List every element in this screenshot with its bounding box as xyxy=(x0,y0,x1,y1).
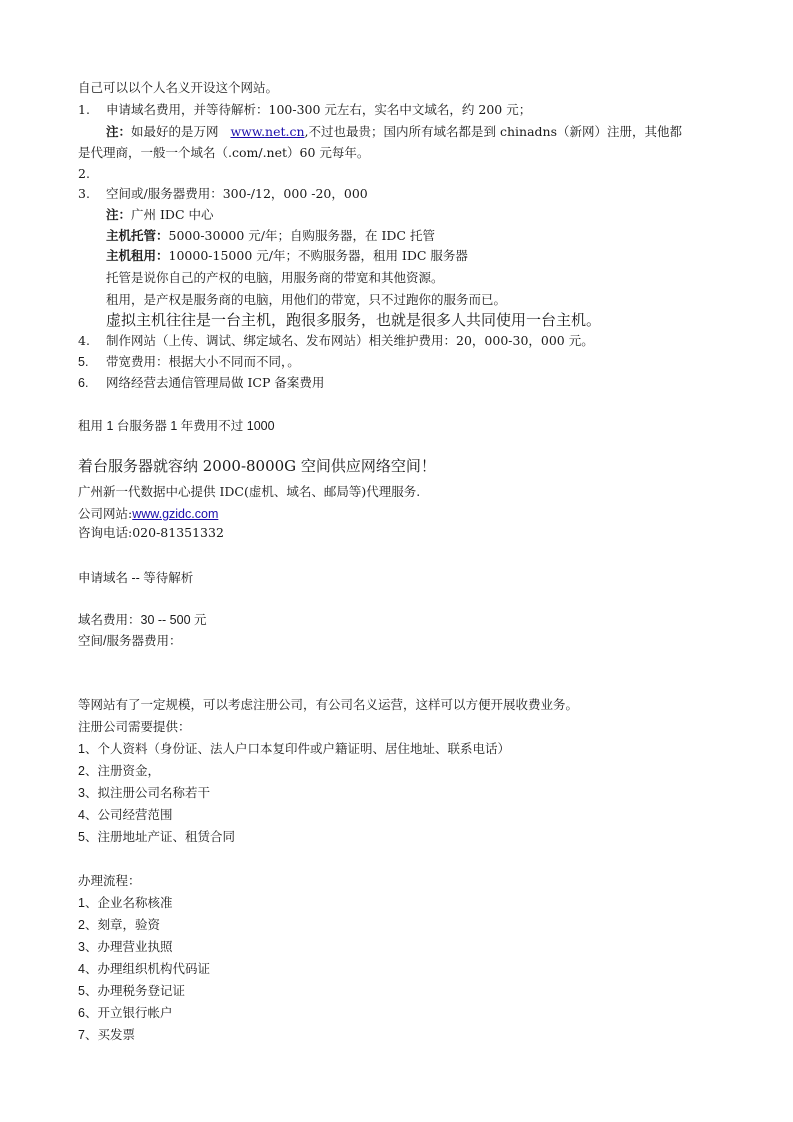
list-item-1: 1. 申请域名费用，并等待解析：100-300 元左右，实名中文域名，约 200… xyxy=(78,102,90,118)
rental-line: 主机租用：10000-15000 元/年；不购服务器，租用 IDC 服务器 xyxy=(106,248,468,264)
note-text-cont: ,不过也最贵；国内所有域名都是到 chinadns（新网）注册，其他都 xyxy=(305,124,682,139)
process-item: 5、办理税务登记证 xyxy=(78,983,185,999)
needs-item: 1、个人资料（身份证、法人户口本复印件或户籍证明、居住地址、联系电话） xyxy=(78,741,510,757)
apply-domain: 申请域名 -- 等待解析 xyxy=(78,570,193,586)
note-label: 注： xyxy=(106,124,131,139)
ad-phone: 咨询电话:020-81351332 xyxy=(78,525,224,541)
process-item: 3、办理营业执照 xyxy=(78,939,172,955)
list-item-6: 6. 网络经营去通信管理局做 ICP 备案费用 xyxy=(78,375,88,391)
needs-item: 3、拟注册公司名称若干 xyxy=(78,785,210,801)
hosting-desc: 托管是说你自己的产权的电脑，用服务商的带宽和其他资源。 xyxy=(106,270,444,286)
item-text: 申请域名费用，并等待解析：100-300 元左右，实名中文域名，约 200 元； xyxy=(106,102,531,118)
site-label: 公司网站: xyxy=(78,506,132,521)
needs-item: 4、公司经营范围 xyxy=(78,807,172,823)
ad-provider: 广州新一代数据中心提供 IDC(虚机、域名、邮局等)代理服务. xyxy=(78,484,420,500)
intro-text: 自己可以以个人名义开设这个网站。 xyxy=(78,80,278,96)
process-item: 4、办理组织机构代码证 xyxy=(78,961,210,977)
item-text: 网络经营去通信管理局做 ICP 备案费用 xyxy=(106,375,324,391)
note-1: 注：如最好的是万网 www.net.cn,不过也最贵；国内所有域名都是到 chi… xyxy=(106,124,682,140)
process-item: 6、开立银行帐户 xyxy=(78,1005,172,1021)
rental-text: 10000-15000 元/年；不购服务器，租用 IDC 服务器 xyxy=(169,248,468,263)
item-number: 3. xyxy=(78,186,90,201)
server-fee: 空间/服务器费用： xyxy=(78,633,181,649)
note-label: 注： xyxy=(106,207,131,222)
item-text: 制作网站（上传、调试、绑定域名、发布网站）相关维护费用：20，000-30，00… xyxy=(106,333,594,349)
list-item-5: 5. 带宽费用：根据大小不同而不同，。 xyxy=(78,354,88,370)
hosting-line: 主机托管：5000-30000 元/年；自购服务器，在 IDC 托管 xyxy=(106,228,435,244)
note-text: 如最好的是万网 xyxy=(131,124,219,139)
needs-item: 5、注册地址产证、租赁合同 xyxy=(78,829,235,845)
link-net-cn[interactable]: www.net.cn xyxy=(230,124,304,139)
note-text: 广州 IDC 中心 xyxy=(131,207,213,222)
hosting-text: 5000-30000 元/年；自购服务器，在 IDC 托管 xyxy=(169,228,435,243)
rent-note: 租用 1 台服务器 1 年费用不过 1000 xyxy=(78,418,275,434)
virtual-desc: 虚拟主机往往是一台主机，跑很多服务，也就是很多人共同使用一台主机。 xyxy=(106,312,601,328)
rental-desc: 租用，是产权是服务商的电脑，用他们的带宽，只不过跑你的服务而已。 xyxy=(106,292,506,308)
item-number: 4. xyxy=(78,333,90,348)
item-number: 5. xyxy=(78,355,88,369)
item-text: 空间或/服务器费用：300-/12，000 -20，000 xyxy=(106,186,368,202)
ad-site: 公司网站:www.gzidc.com xyxy=(78,506,218,522)
list-item-3: 3. 空间或/服务器费用：300-/12，000 -20，000 xyxy=(78,186,90,202)
link-gzidc[interactable]: www.gzidc.com xyxy=(132,507,218,521)
domain-fee: 域名费用：30 -- 500 元 xyxy=(78,612,207,628)
company-intro: 等网站有了一定规模，可以考虑注册公司，有公司名义运营，这样可以方便开展收费业务。 xyxy=(78,697,578,713)
process-item: 2、刻章，验资 xyxy=(78,917,160,933)
item-text: 带宽费用：根据大小不同而不同，。 xyxy=(106,354,300,370)
note-1-continued: 是代理商，一般一个域名（.com/.net）60 元每年。 xyxy=(78,145,369,161)
process-item: 7、买发票 xyxy=(78,1027,135,1043)
note-3: 注：广州 IDC 中心 xyxy=(106,207,214,223)
rental-label: 主机租用： xyxy=(106,248,169,263)
needs-title: 注册公司需要提供： xyxy=(78,719,191,735)
list-item-4: 4. 制作网站（上传、调试、绑定域名、发布网站）相关维护费用：20，000-30… xyxy=(78,333,90,349)
item-number: 1. xyxy=(78,102,90,117)
process-item: 1、企业名称核准 xyxy=(78,895,172,911)
hosting-label: 主机托管： xyxy=(106,228,169,243)
process-title: 办理流程： xyxy=(78,873,141,889)
item-number: 6. xyxy=(78,376,88,390)
list-item-2: 2. xyxy=(78,166,90,182)
needs-item: 2、注册资金， xyxy=(78,763,160,779)
ad-headline: 着台服务器就容纳 2000-8000G 空间供应网络空间！ xyxy=(78,458,436,474)
